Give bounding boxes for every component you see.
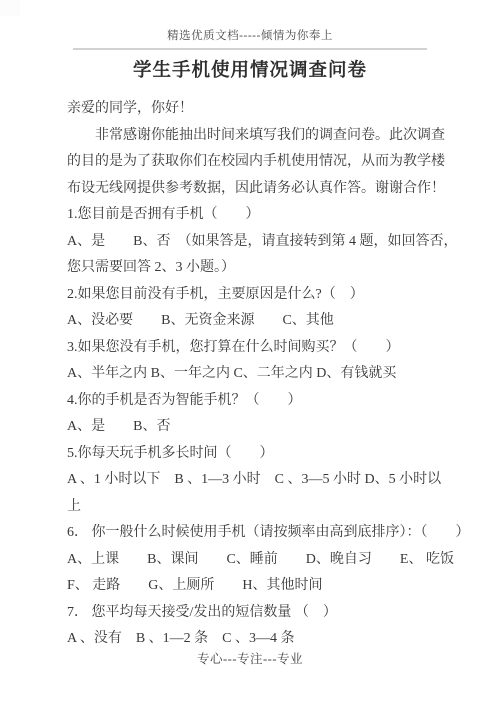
document-line: 您只需要回答 2、3 小题。） bbox=[67, 255, 447, 282]
document-line: 7． 您平均每天接受/发出的短信数量 （ ） bbox=[67, 600, 447, 627]
document-line: 布设无线网提供参考数据，因此请务必认真作答。谢谢合作！ bbox=[67, 176, 447, 203]
document-line: 非常感谢你能抽出时间来填写我们的调查问卷。此次调查 bbox=[67, 123, 447, 150]
document-line: 6． 你一般什么时候使用手机（请按频率由高到底排序）：（ ） bbox=[67, 520, 447, 547]
page-title: 学生手机使用情况调查问卷 bbox=[0, 59, 500, 83]
document-line: 亲爱的同学，你好！ bbox=[67, 96, 447, 123]
document-line: A、半年之内 B、一年之内 C、二年之内 D、有钱就买 bbox=[67, 361, 447, 388]
document-line: 4.你的手机是否为智能手机？（ ） bbox=[67, 388, 447, 415]
document-line: A 、1 小时以下 B 、1—3 小时 C 、3—5 小时 D、5 小时以 bbox=[67, 467, 447, 494]
document-line: A、是 B、否 bbox=[67, 414, 447, 441]
header-divider bbox=[73, 48, 427, 50]
document-line: A、没必要 B、无资金来源 C、其他 bbox=[67, 308, 447, 335]
document-line: 1.您目前是否拥有手机（ ） bbox=[67, 202, 447, 229]
document-line: 3.如果您没有手机，您打算在什么时间购买？（ ） bbox=[67, 335, 447, 362]
footer-note: 专心---专注---专业 bbox=[0, 652, 500, 666]
document-line: 上 bbox=[67, 494, 447, 521]
document-line: 的目的是为了获取你们在校园内手机使用情况，从而为教学楼 bbox=[67, 149, 447, 176]
document-page: 精选优质文档-----倾情为你奉上 学生手机使用情况调查问卷 亲爱的同学，你好！… bbox=[0, 0, 500, 708]
document-line: A、上课 B、课间 C、睡前 D、晚自习 E、 吃饭 bbox=[67, 547, 447, 574]
document-line: 2.如果您目前没有手机，主要原因是什么?（ ） bbox=[67, 282, 447, 309]
header-note: 精选优质文档-----倾情为你奉上 bbox=[0, 28, 500, 44]
corner-artifact bbox=[0, 0, 20, 16]
document-line: 5.你每天玩手机多长时间（ ） bbox=[67, 441, 447, 468]
document-line: F、 走路 G、上厕所 H、其他时间 bbox=[67, 573, 447, 600]
document-line: A 、没有 B 、1—2 条 C 、3—4 条 bbox=[67, 626, 447, 653]
document-line: A、是 B、否 （如果答是，请直接转到第 4 题，如回答否， bbox=[67, 229, 447, 256]
document-body: 亲爱的同学，你好！非常感谢你能抽出时间来填写我们的调查问卷。此次调查的目的是为了… bbox=[67, 96, 447, 653]
